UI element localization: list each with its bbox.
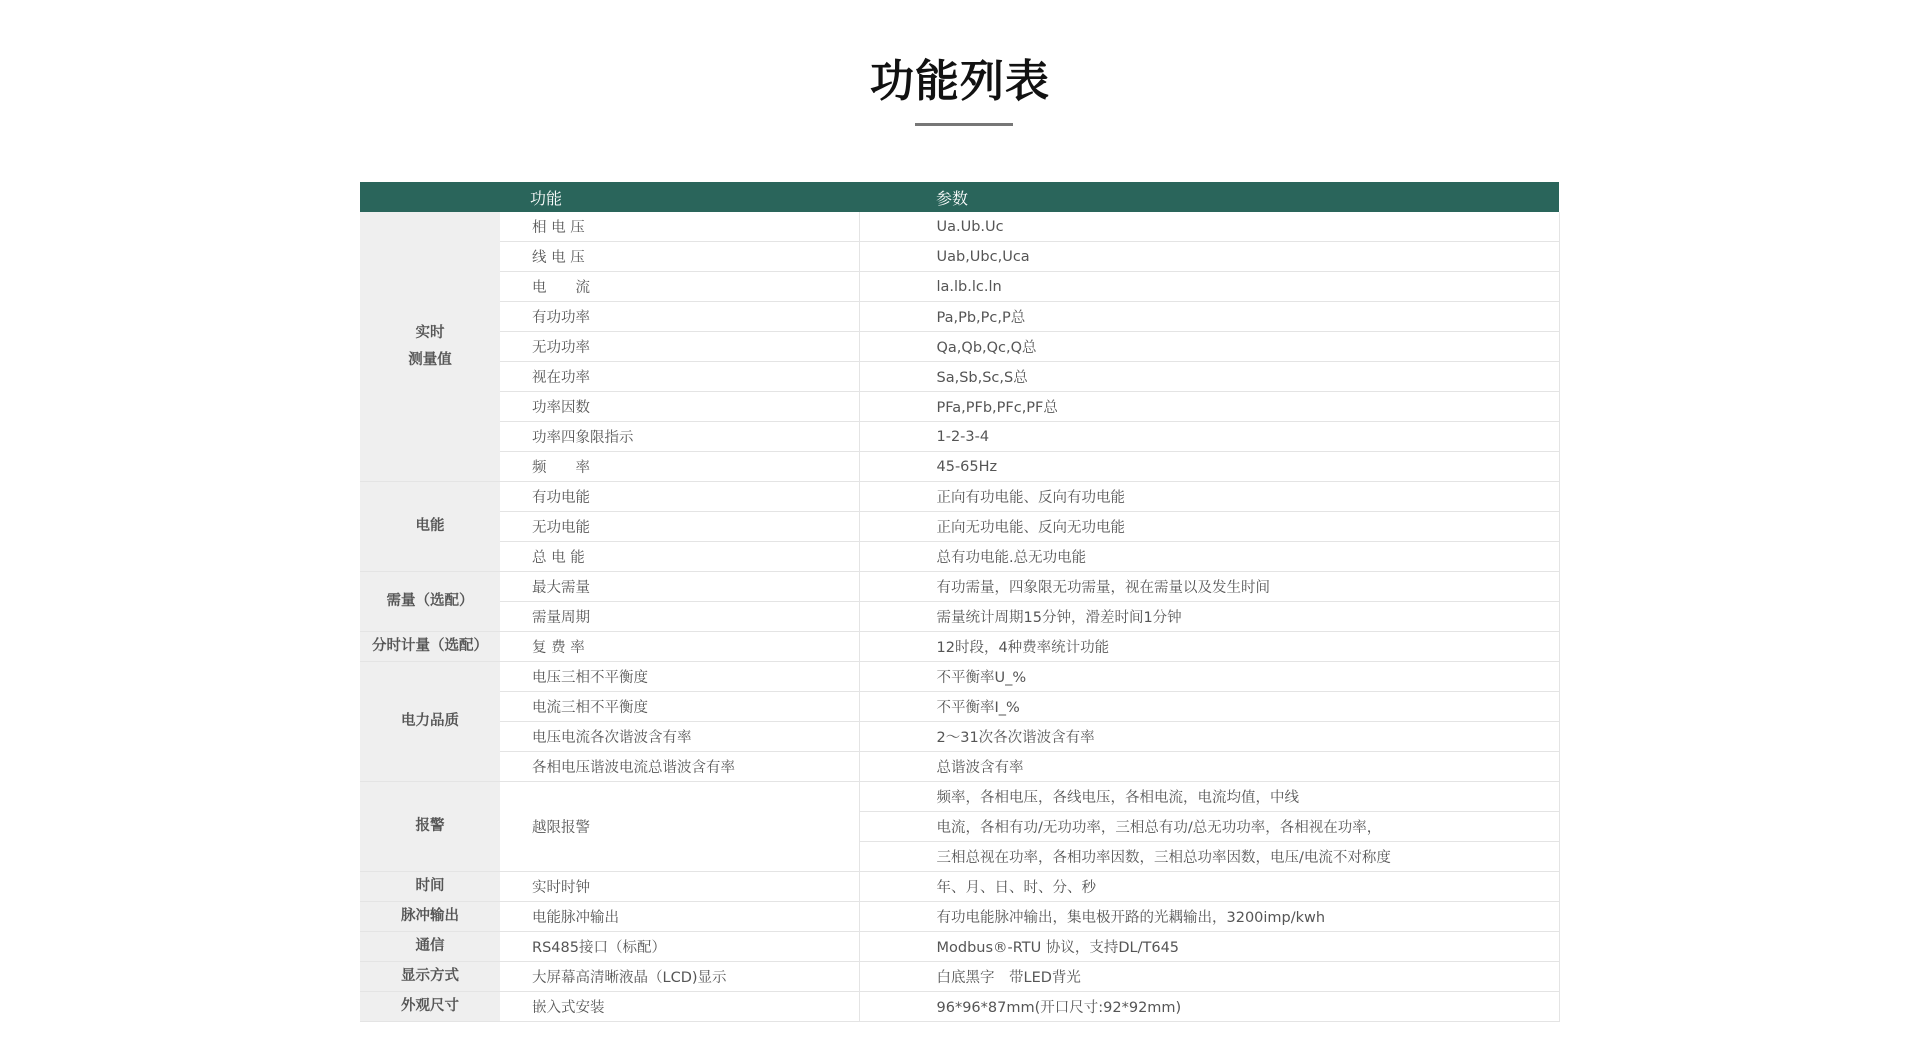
header-function: 功能 xyxy=(500,182,859,212)
function-cell: 线 电 压 xyxy=(500,242,859,272)
function-cell: 最大需量 xyxy=(500,572,859,602)
table-row: 有功功率Pa,Pb,Pc,P总 xyxy=(360,302,1559,332)
param-cell: 白底黑字 带LED背光 xyxy=(859,962,1559,992)
table-row: 通信RS485接口（标配）Modbus®-RTU 协议，支持DL/T645 xyxy=(360,932,1559,962)
function-cell: 嵌入式安装 xyxy=(500,992,859,1022)
group-label-line: 报警 xyxy=(360,813,500,840)
function-cell: 有功功率 xyxy=(500,302,859,332)
group-label: 通信 xyxy=(360,932,500,962)
table-row: 实时测量值相 电 压Ua.Ub.Uc xyxy=(360,212,1559,242)
group-label-line: 测量值 xyxy=(360,347,500,374)
param-cell: 不平衡率U_% xyxy=(859,662,1559,692)
group-label-line: 显示方式 xyxy=(360,963,500,990)
function-cell: 大屏幕高清晰液晶（LCD)显示 xyxy=(500,962,859,992)
group-label-line: 电力品质 xyxy=(360,708,500,735)
group-label-line: 实时 xyxy=(360,320,500,347)
param-cell: 电流，各相有功/无功功率，三相总有功/总无功功率，各相视在功率， xyxy=(859,812,1559,842)
table-row: 显示方式大屏幕高清晰液晶（LCD)显示白底黑字 带LED背光 xyxy=(360,962,1559,992)
function-cell: 相 电 压 xyxy=(500,212,859,242)
function-cell: 电流三相不平衡度 xyxy=(500,692,859,722)
param-cell: 有功电能脉冲输出，集电极开路的光耦输出，3200imp/kwh xyxy=(859,902,1559,932)
group-label-line: 通信 xyxy=(360,933,500,960)
table-row: 电能有功电能正向有功电能、反向有功电能 xyxy=(360,482,1559,512)
group-label-line: 时间 xyxy=(360,873,500,900)
group-label-line: 外观尺寸 xyxy=(360,993,500,1020)
title-underline xyxy=(915,123,1013,126)
param-cell: 96*96*87mm(开口尺寸:92*92mm) xyxy=(859,992,1559,1022)
header-group xyxy=(360,182,500,212)
function-cell: 电 流 xyxy=(500,272,859,302)
group-label-line: 分时计量（选配） xyxy=(360,633,500,660)
group-label: 报警 xyxy=(360,782,500,872)
function-cell: 有功电能 xyxy=(500,482,859,512)
param-cell: 年、月、日、时、分、秒 xyxy=(859,872,1559,902)
group-label-line: 电能 xyxy=(360,513,500,540)
group-label: 外观尺寸 xyxy=(360,992,500,1022)
table-row: 线 电 压Uab,Ubc,Uca xyxy=(360,242,1559,272)
table-row: 需量（选配）最大需量有功需量，四象限无功需量，视在需量以及发生时间 xyxy=(360,572,1559,602)
table-row: 需量周期需量统计周期15分钟，滑差时间1分钟 xyxy=(360,602,1559,632)
group-label: 电能 xyxy=(360,482,500,572)
group-label: 时间 xyxy=(360,872,500,902)
param-cell: Sa,Sb,Sc,S总 xyxy=(859,362,1559,392)
header-param: 参数 xyxy=(859,182,1559,212)
table-row: 外观尺寸嵌入式安装96*96*87mm(开口尺寸:92*92mm) xyxy=(360,992,1559,1022)
function-cell: 各相电压谐波电流总谐波含有率 xyxy=(500,752,859,782)
function-cell: RS485接口（标配） xyxy=(500,932,859,962)
param-cell: 2～31次各次谐波含有率 xyxy=(859,722,1559,752)
function-cell: 频 率 xyxy=(500,452,859,482)
function-cell: 越限报警 xyxy=(500,782,859,872)
param-cell: 正向无功电能、反向无功电能 xyxy=(859,512,1559,542)
table-row: 总 电 能总有功电能.总无功电能 xyxy=(360,542,1559,572)
group-label: 电力品质 xyxy=(360,662,500,782)
param-cell: 45-65Hz xyxy=(859,452,1559,482)
param-cell: PFa,PFb,PFc,PF总 xyxy=(859,392,1559,422)
function-cell: 实时时钟 xyxy=(500,872,859,902)
param-cell: Pa,Pb,Pc,P总 xyxy=(859,302,1559,332)
param-cell: 需量统计周期15分钟，滑差时间1分钟 xyxy=(859,602,1559,632)
function-spec-table: 功能 参数 实时测量值相 电 压Ua.Ub.Uc线 电 压Uab,Ubc,Uca… xyxy=(360,182,1560,1022)
param-cell: Uab,Ubc,Uca xyxy=(859,242,1559,272)
table-row: 电流三相不平衡度不平衡率I_% xyxy=(360,692,1559,722)
table-row: 时间实时时钟年、月、日、时、分、秒 xyxy=(360,872,1559,902)
table-row: 视在功率Sa,Sb,Sc,S总 xyxy=(360,362,1559,392)
table-row: 电 流la.lb.lc.ln xyxy=(360,272,1559,302)
table-row: 功率四象限指示1-2-3-4 xyxy=(360,422,1559,452)
group-label: 脉冲输出 xyxy=(360,902,500,932)
param-cell: Ua.Ub.Uc xyxy=(859,212,1559,242)
function-cell: 无功功率 xyxy=(500,332,859,362)
param-cell: Qa,Qb,Qc,Q总 xyxy=(859,332,1559,362)
table-row: 无功功率Qa,Qb,Qc,Q总 xyxy=(360,332,1559,362)
param-cell: 总有功电能.总无功电能 xyxy=(859,542,1559,572)
table-row: 报警越限报警频率，各相电压，各线电压，各相电流，电流均值，中线 xyxy=(360,782,1559,812)
table-header-row: 功能 参数 xyxy=(360,182,1559,212)
function-cell: 需量周期 xyxy=(500,602,859,632)
param-cell: la.lb.lc.ln xyxy=(859,272,1559,302)
function-cell: 电压电流各次谐波含有率 xyxy=(500,722,859,752)
param-cell: 12时段，4种费率统计功能 xyxy=(859,632,1559,662)
group-label: 需量（选配） xyxy=(360,572,500,632)
function-cell: 复 费 率 xyxy=(500,632,859,662)
function-cell: 视在功率 xyxy=(500,362,859,392)
group-label: 实时测量值 xyxy=(360,212,500,482)
table-row: 功率因数PFa,PFb,PFc,PF总 xyxy=(360,392,1559,422)
group-label-line: 脉冲输出 xyxy=(360,903,500,930)
table-row: 无功电能正向无功电能、反向无功电能 xyxy=(360,512,1559,542)
param-cell: 正向有功电能、反向有功电能 xyxy=(859,482,1559,512)
param-cell: 有功需量，四象限无功需量，视在需量以及发生时间 xyxy=(859,572,1559,602)
table-row: 电力品质电压三相不平衡度不平衡率U_% xyxy=(360,662,1559,692)
param-cell: 不平衡率I_% xyxy=(859,692,1559,722)
table-row: 频 率45-65Hz xyxy=(360,452,1559,482)
table-row: 电压电流各次谐波含有率2～31次各次谐波含有率 xyxy=(360,722,1559,752)
group-label-line: 需量（选配） xyxy=(360,588,500,615)
param-cell: 频率，各相电压，各线电压，各相电流，电流均值，中线 xyxy=(859,782,1559,812)
group-label: 分时计量（选配） xyxy=(360,632,500,662)
table-row: 分时计量（选配）复 费 率12时段，4种费率统计功能 xyxy=(360,632,1559,662)
function-cell: 功率因数 xyxy=(500,392,859,422)
page-title: 功能列表 xyxy=(0,52,1920,112)
function-cell: 无功电能 xyxy=(500,512,859,542)
function-cell: 电能脉冲输出 xyxy=(500,902,859,932)
param-cell: 总谐波含有率 xyxy=(859,752,1559,782)
function-cell: 功率四象限指示 xyxy=(500,422,859,452)
group-label: 显示方式 xyxy=(360,962,500,992)
param-cell: 三相总视在功率，各相功率因数，三相总功率因数，电压/电流不对称度 xyxy=(859,842,1559,872)
function-cell: 总 电 能 xyxy=(500,542,859,572)
function-cell: 电压三相不平衡度 xyxy=(500,662,859,692)
table-row: 各相电压谐波电流总谐波含有率总谐波含有率 xyxy=(360,752,1559,782)
table-row: 脉冲输出电能脉冲输出有功电能脉冲输出，集电极开路的光耦输出，3200imp/kw… xyxy=(360,902,1559,932)
param-cell: Modbus®-RTU 协议，支持DL/T645 xyxy=(859,932,1559,962)
param-cell: 1-2-3-4 xyxy=(859,422,1559,452)
